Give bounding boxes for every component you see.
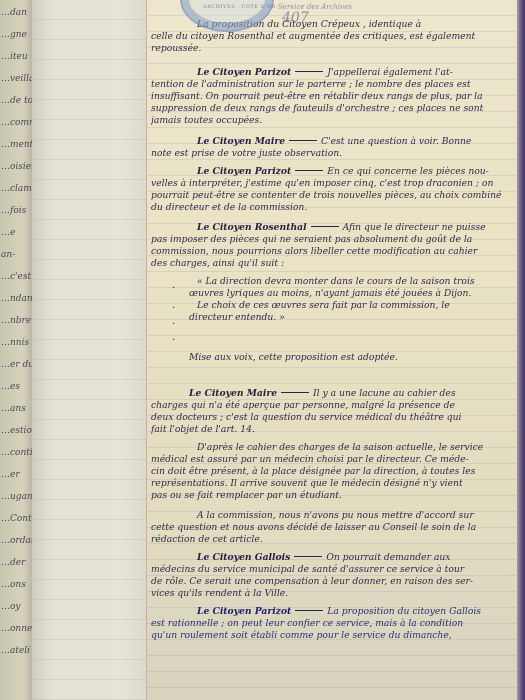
left-page-fragment: …e xyxy=(1,228,15,238)
text-line: A la commission, nous n'avons pu nous me… xyxy=(151,510,513,522)
line-text: vices qu'ils rendent à la Ville. xyxy=(151,588,288,599)
text-line: pas imposer des pièces qui ne seraient p… xyxy=(151,234,513,246)
line-text: velles à interpréter, j'estime qu'en imp… xyxy=(151,178,493,189)
left-page-fragment: …oy xyxy=(1,602,21,612)
text-line: représentations. Il arrive souvent que l… xyxy=(151,478,513,490)
left-page-fragment: …ans xyxy=(1,404,26,414)
text-line: insuffisant. On pourrait peut-être en ré… xyxy=(151,91,513,103)
text-line: de rôle. Ce serait une compensation à le… xyxy=(151,576,513,588)
speaker-name: Le Citoyen Parizot xyxy=(197,166,291,177)
line-text: pas imposer des pièces qui ne seraient p… xyxy=(151,234,472,245)
left-page-fragment: …ordat xyxy=(1,536,33,546)
speaker-line: Le Citoyen MaireC'est une question à voi… xyxy=(151,136,513,148)
line-text: note est prise de votre juste observatio… xyxy=(151,148,342,159)
left-page-fragment: …c'est xyxy=(1,272,31,282)
line-text: D'après le cahier des charges de la sais… xyxy=(197,442,483,453)
text-line: velles à interpréter, j'estime qu'en imp… xyxy=(151,178,513,190)
line-text: rédaction de cet article. xyxy=(151,534,263,545)
left-page-fragment: …der xyxy=(1,558,25,568)
line-text: tention de l'administration sur le parte… xyxy=(151,79,471,90)
line-text: du directeur et de la commission. xyxy=(151,202,307,213)
left-page-fragment: …ment a xyxy=(1,140,33,150)
left-page-fragment: …gne xyxy=(1,30,27,40)
line-text: fait l'objet de l'art. 14. xyxy=(151,424,255,435)
text-line: médecins du service municipal de santé d… xyxy=(151,564,513,576)
text-line: vices qu'ils rendent à la Ville. xyxy=(151,588,513,600)
line-text: En ce qui concerne les pièces nou- xyxy=(327,166,489,177)
text-line: rédaction de cet article. xyxy=(151,534,513,546)
folio-number: 407 xyxy=(282,10,309,26)
speaker-line: Le Citoyen ParizotLa proposition du cito… xyxy=(151,606,513,618)
left-page-fragment: …dan xyxy=(1,8,27,18)
line-text: C'est une question à voir. Bonne xyxy=(321,136,471,147)
speaker-dash xyxy=(295,170,323,171)
line-text: médecins du service municipal de santé d… xyxy=(151,564,464,575)
line-text: On pourrait demander aux xyxy=(326,552,450,563)
line-text: J'appellerai également l'at- xyxy=(327,67,453,78)
left-page-fragment: …er du xyxy=(1,360,33,370)
line-text: médical est assuré par un médecin choisi… xyxy=(151,454,469,465)
left-page-fragment: an- xyxy=(1,250,15,260)
line-text: pourrait peut-être se contenter de trois… xyxy=(151,190,501,201)
line-text: cin doit être présent, à la place désign… xyxy=(151,466,475,477)
quote-mark: · xyxy=(172,283,175,294)
text-line: D'après le cahier des charges de la sais… xyxy=(151,442,513,454)
line-text: La proposition du citoyen Gallois xyxy=(327,606,481,617)
text-line: du directeur et de la commission. xyxy=(151,202,513,214)
text-line: jamais toutes occupées. xyxy=(151,115,513,127)
speaker-name: Le Citoyen Rosenthal xyxy=(197,222,307,233)
left-page-fragment: …fois xyxy=(1,206,26,216)
speaker-dash xyxy=(311,226,339,227)
speaker-name: Le Citoyen Parizot xyxy=(197,606,291,617)
text-line: note est prise de votre juste observatio… xyxy=(151,148,513,160)
line-text: insuffisant. On pourrait peut-être en ré… xyxy=(151,91,483,102)
speaker-name: Le Citoyen Parizot xyxy=(197,67,291,78)
left-page-fragment: …Conte xyxy=(1,514,33,524)
line-text: Il y a une lacune au cahier des xyxy=(313,388,456,399)
speaker-name: Le Citoyen Maire xyxy=(189,388,277,399)
left-page-fragment: …veilla xyxy=(1,74,33,84)
line-text: commission, nous pourrions alors libelle… xyxy=(151,246,477,257)
text-line: suppression de deux rangs de fauteuils d… xyxy=(151,103,513,115)
line-text: jamais toutes occupées. xyxy=(151,115,262,126)
text-line: est rationnelle ; on peut leur confier c… xyxy=(151,618,513,630)
line-text: cette question et nous avons décidé de l… xyxy=(151,522,476,533)
left-page-fragment: …oisiete xyxy=(1,162,33,172)
line-text: celle du citoyen Rosenthal et augmentée … xyxy=(151,31,475,42)
text-line: « La direction devra monter dans le cour… xyxy=(151,276,513,288)
text-line: deux docteurs ; c'est la question du ser… xyxy=(151,412,513,424)
stamp-text: ARCHIVES · COTE D'OR xyxy=(203,4,276,10)
line-text: est rationnelle ; on peut leur confier c… xyxy=(151,618,463,629)
text-line: tention de l'administration sur le parte… xyxy=(151,79,513,91)
book-cover-edge xyxy=(517,0,525,700)
speaker-dash xyxy=(281,392,309,393)
quote-mark: · xyxy=(172,303,175,314)
blank-margin-column xyxy=(32,0,146,700)
line-text: des charges, ainsi qu'il suit : xyxy=(151,258,284,269)
left-page-fragment: …commeut xyxy=(1,118,33,128)
text-line: cette question et nous avons décidé de l… xyxy=(151,522,513,534)
left-page-fragment: …conti xyxy=(1,448,33,458)
line-text: repoussée. xyxy=(151,43,201,54)
manuscript-page: La proposition du Citoyen Crépeux , iden… xyxy=(147,0,517,700)
speaker-line: Le Citoyen RosenthalAfin que le directeu… xyxy=(151,222,513,234)
line-text: charges qui n'a été aperçue par personne… xyxy=(151,400,455,411)
left-page-fragment: …clamo xyxy=(1,184,33,194)
left-page-fragment: …nbre xyxy=(1,316,31,326)
line-text: pas ou se fait remplacer par un étudiant… xyxy=(151,490,342,501)
text-line: pas ou se fait remplacer par un étudiant… xyxy=(151,490,513,502)
text-line: commission, nous pourrions alors libelle… xyxy=(151,246,513,258)
text-line: repoussée. xyxy=(151,43,513,55)
text-line: pourrait peut-être se contenter de trois… xyxy=(151,190,513,202)
text-line: celle du citoyen Rosenthal et augmentée … xyxy=(151,31,513,43)
left-page-fragment: …ons xyxy=(1,580,26,590)
speaker-dash xyxy=(289,140,317,141)
left-page-fragment: …er xyxy=(1,470,20,480)
left-page-fragment: …onnel xyxy=(1,624,33,634)
text-line: charges qui n'a été aperçue par personne… xyxy=(151,400,513,412)
left-facing-page-edge: …dan…gne…iteu…veilla…de tout…commeut…men… xyxy=(0,0,33,700)
line-text: « La direction devra monter dans le cour… xyxy=(197,276,475,287)
line-text: qu'un roulement soit établi comme pour l… xyxy=(151,630,452,641)
text-line: cin doit être présent, à la place désign… xyxy=(151,466,513,478)
text-line: médical est assuré par un médecin choisi… xyxy=(151,454,513,466)
line-text: A la commission, nous n'avons pu nous me… xyxy=(197,510,474,521)
quote-mark: · xyxy=(172,319,175,330)
text-line: œuvres lyriques au moins, n'ayant jamais… xyxy=(151,288,513,300)
speaker-line: Le Citoyen ParizotEn ce qui concerne les… xyxy=(151,166,513,178)
speaker-dash xyxy=(294,556,322,557)
left-page-fragment: …ateli xyxy=(1,646,30,656)
speaker-line: Le Citoyen MaireIl y a une lacune au cah… xyxy=(151,388,513,400)
speaker-name: Le Citoyen Gallois xyxy=(197,552,290,563)
text-line: Le choix de ces œuvres sera fait par la … xyxy=(151,300,513,312)
text-line: des charges, ainsi qu'il suit : xyxy=(151,258,513,270)
line-text: œuvres lyriques au moins, n'ayant jamais… xyxy=(189,288,471,299)
line-text: Le choix de ces œuvres sera fait par la … xyxy=(197,300,450,311)
line-text: Afin que le directeur ne puisse xyxy=(343,222,486,233)
left-page-fragment: …es xyxy=(1,382,20,392)
left-page-fragment: …iteu xyxy=(1,52,28,62)
text-line: Mise aux voix, cette proposition est ado… xyxy=(151,352,513,364)
line-text: suppression de deux rangs de fauteuils d… xyxy=(151,103,483,114)
line-text: directeur entendu. » xyxy=(189,312,285,323)
quote-mark: · xyxy=(172,335,175,346)
line-text: représentations. Il arrive souvent que l… xyxy=(151,478,463,489)
text-line: qu'un roulement soit établi comme pour l… xyxy=(151,630,513,642)
speaker-dash xyxy=(295,610,323,611)
speaker-name: Le Citoyen Maire xyxy=(197,136,285,147)
speaker-line: Le Citoyen ParizotJ'appellerai également… xyxy=(151,67,513,79)
left-page-fragment: …ugané xyxy=(1,492,33,502)
speaker-dash xyxy=(295,71,323,72)
left-page-fragment: …estion xyxy=(1,426,33,436)
left-page-fragment: …nnis xyxy=(1,338,29,348)
line-text: de rôle. Ce serait une compensation à le… xyxy=(151,576,473,587)
line-text: deux docteurs ; c'est la question du ser… xyxy=(151,412,461,423)
speaker-line: Le Citoyen GalloisOn pourrait demander a… xyxy=(151,552,513,564)
line-text: Mise aux voix, cette proposition est ado… xyxy=(189,352,398,363)
left-page-fragment: …ndance xyxy=(1,294,33,304)
text-line: fait l'objet de l'art. 14. xyxy=(151,424,513,436)
text-line: directeur entendu. » xyxy=(151,312,513,324)
left-page-fragment: …de tout xyxy=(1,96,33,106)
